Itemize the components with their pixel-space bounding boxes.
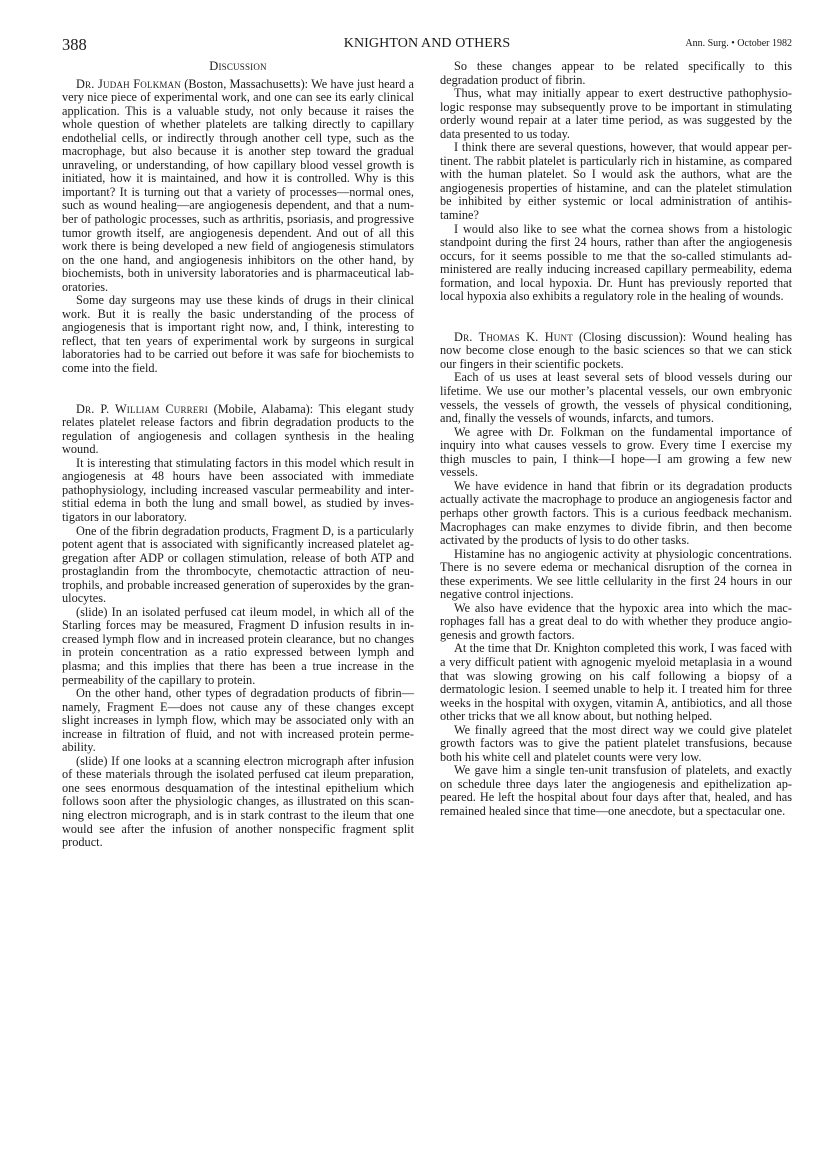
paragraph: Each of us uses at least several sets of… <box>440 371 792 425</box>
curreri-discussion: Dr. P. William Curreri (Mobile, Alabama)… <box>62 403 414 850</box>
running-head: 388 KNIGHTON AND OTHERS Ann. Surg. • Oct… <box>62 35 792 55</box>
speaker-affiliation: (Boston, Massachusetts): <box>181 77 311 91</box>
paragraph: Thus, what may initially appear to exert… <box>440 87 792 141</box>
paragraph: We agree with Dr. Folkman on the fundame… <box>440 426 792 480</box>
paragraph: Dr. Thomas K. Hunt (Closing discussion):… <box>440 331 792 372</box>
paragraph: One of the fibrin degradation products, … <box>62 525 414 606</box>
hunt-closing-discussion: Dr. Thomas K. Hunt (Closing discussion):… <box>440 331 792 819</box>
paragraph: We finally agreed that the most direct w… <box>440 724 792 765</box>
paragraph: I think there are several questions, how… <box>440 141 792 222</box>
paragraph: Histamine has no angiogenic activity at … <box>440 548 792 602</box>
right-column: So these changes appear to be related sp… <box>440 60 792 819</box>
speaker-affiliation: (Closing discussion): <box>573 330 692 344</box>
speaker-name: Dr. Thomas K. Hunt <box>454 330 573 344</box>
left-column: Discussion Dr. Judah Folkman (Boston, Ma… <box>62 60 414 850</box>
running-title: KNIGHTON AND OTHERS <box>62 36 792 52</box>
paragraph: At the time that Dr. Knighton completed … <box>440 642 792 723</box>
paragraph-text: We have just heard a very nice piece of … <box>62 77 414 294</box>
folkman-discussion: Dr. Judah Folkman (Boston, Massachusetts… <box>62 78 414 376</box>
paragraph: We have evidence in hand that fibrin or … <box>440 480 792 548</box>
journal-reference: Ann. Surg. • October 1982 <box>685 38 792 49</box>
paragraph: So these changes appear to be related sp… <box>440 60 792 87</box>
curreri-discussion-continued: So these changes appear to be related sp… <box>440 60 792 304</box>
paragraph: (slide) If one looks at a scanning elect… <box>62 755 414 850</box>
speaker-name: Dr. Judah Folkman <box>76 77 181 91</box>
paragraph: I would also like to see what the cornea… <box>440 223 792 304</box>
speaker-affiliation: (Mobile, Alabama): <box>208 402 319 416</box>
paragraph: We also have evidence that the hypoxic a… <box>440 602 792 643</box>
paragraph: Dr. Judah Folkman (Boston, Massachusetts… <box>62 78 414 295</box>
paragraph: (slide) In an isolated perfused cat ileu… <box>62 606 414 687</box>
section-heading: Discussion <box>62 60 414 74</box>
paragraph: Dr. P. William Curreri (Mobile, Alabama)… <box>62 403 414 457</box>
paragraph: We gave him a single ten-unit transfusio… <box>440 764 792 818</box>
paragraph: Some day surgeons may use these kinds of… <box>62 294 414 375</box>
paragraph: On the other hand, other types of degrad… <box>62 687 414 755</box>
speaker-name: Dr. P. William Curreri <box>76 402 208 416</box>
paragraph: It is interesting that stimulating facto… <box>62 457 414 525</box>
